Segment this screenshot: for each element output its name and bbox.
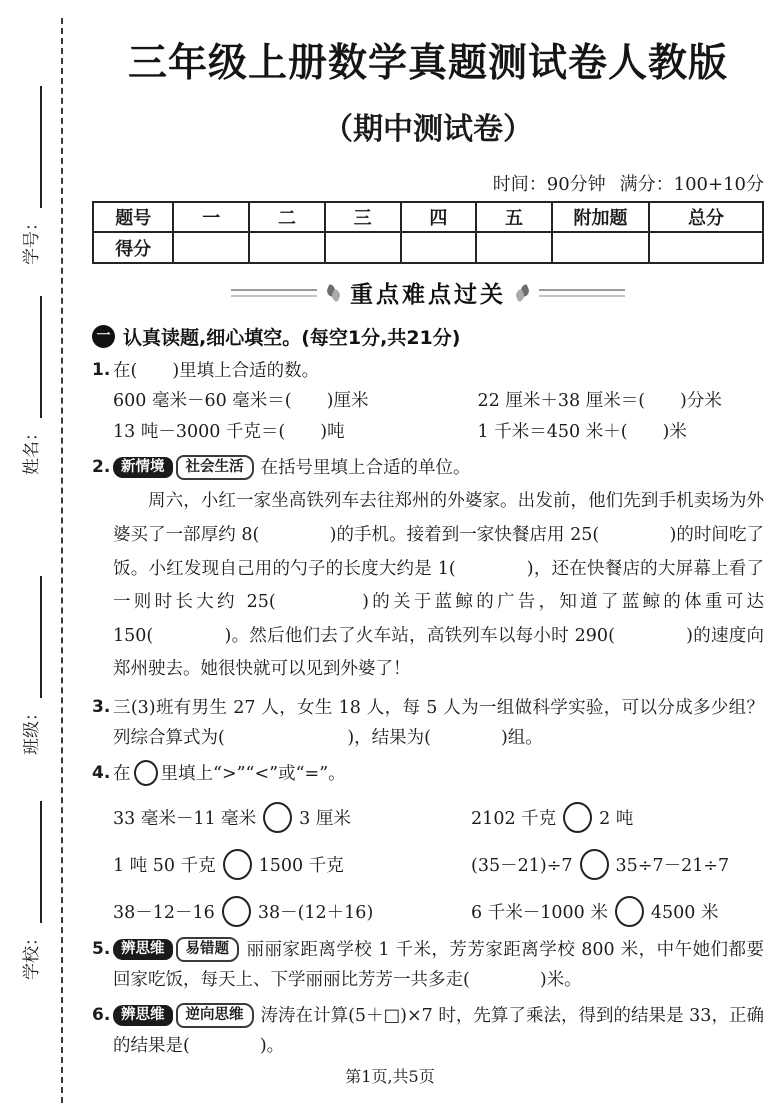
- comparison-left: 1 吨 50 千克: [113, 856, 216, 876]
- question-3-text: 三(3)班有男生 27 人，女生 18 人，每 5 人为一组做科学实验，可以分成…: [113, 693, 764, 753]
- header-part-5: 五: [476, 202, 552, 232]
- question-6-text: 辨思维逆向思维涛涛在计算(5＋□)×7 时，先算了乘法，得到的结果是 33，正确…: [113, 1001, 764, 1061]
- badge-error-prone: 易错题: [176, 937, 240, 962]
- question-list: 1. 在( )里填上合适的数。 600 毫米－60 毫米＝( )厘米 22 厘米…: [92, 356, 764, 1061]
- leaf-ornament-icon: [326, 284, 341, 302]
- name-blank-line: [27, 296, 42, 418]
- comparison-right: 38－(12＋16): [258, 903, 373, 923]
- section-number-icon: 一: [92, 325, 115, 348]
- header-total: 总分: [649, 202, 763, 232]
- question-2-body: 周六，小红一家坐高铁列车去往郑州的外婆家。出发前，他们先到手机卖场为外婆买了一部…: [113, 485, 764, 687]
- question-6: 6. 辨思维逆向思维涛涛在计算(5＋□)×7 时，先算了乘法，得到的结果是 33…: [92, 1001, 764, 1061]
- leaf-ornament-icon: [515, 284, 530, 302]
- comparison-right: 4500 米: [651, 903, 719, 923]
- score-cell: [476, 232, 552, 263]
- school-blank-line: [27, 801, 42, 923]
- question-1: 1. 在( )里填上合适的数。 600 毫米－60 毫米＝( )厘米 22 厘米…: [92, 356, 764, 447]
- page-subtitle: （期中测试卷）: [92, 104, 764, 148]
- question-number: 4.: [92, 759, 110, 788]
- banner-line-right: [539, 289, 625, 297]
- badge-new-context: 新情境: [113, 457, 173, 478]
- section-heading-text: 认真读题,细心填空。(每空1分,共21分): [123, 323, 460, 350]
- comparison-item: 1 吨 50 千克1500 千克: [113, 849, 471, 881]
- comparison-item: 33 毫米－11 毫米3 厘米: [113, 802, 471, 834]
- fill-blank-item: 22 厘米＋38 厘米＝( )分米: [478, 386, 764, 416]
- score-cell: [552, 232, 649, 263]
- header-part-3: 三: [325, 202, 401, 232]
- time-limit: 时间：90分钟: [493, 174, 606, 195]
- question-number: 6.: [92, 1001, 110, 1030]
- exam-paper-page: 学号： 姓名： 班级： 学校： 三年级上册数学真题测试卷人教版 （期中测试卷） …: [0, 0, 780, 1103]
- class-label: 班级：: [17, 704, 42, 755]
- section-one-heading: 一 认真读题,细心填空。(每空1分,共21分): [92, 323, 764, 350]
- page-footer: 第1页,共5页: [0, 1064, 780, 1087]
- question-number: 1.: [92, 356, 110, 385]
- header-bonus: 附加题: [552, 202, 649, 232]
- question-5-text: 辨思维易错题丽丽家距离学校 1 千米，芳芳家距离学校 800 米，中午她们都要回…: [113, 935, 764, 995]
- seal-cut-line: [61, 18, 63, 1103]
- comparison-item: (35－21)÷735÷7－21÷7: [471, 849, 764, 881]
- question-1-prompt: 在( )里填上合适的数。: [113, 356, 764, 386]
- header-question-no: 题号: [93, 202, 173, 232]
- name-label: 姓名：: [17, 424, 42, 475]
- question-4: 4. 在里填上“>”“<”或“=”。 33 毫米－11 毫米3 厘米 2102 …: [92, 759, 764, 928]
- student-id-label: 学号：: [17, 214, 42, 265]
- badge-critical-thinking: 辨思维: [113, 939, 173, 960]
- question-2: 2. 新情境社会生活在括号里填上合适的单位。 周六，小红一家坐高铁列车去往郑州的…: [92, 453, 764, 687]
- score-cell: [401, 232, 477, 263]
- question-number: 5.: [92, 935, 110, 964]
- comparison-circle-icon: [580, 849, 609, 880]
- sidebar-field-school: 学校：: [20, 790, 42, 980]
- question-2-head: 新情境社会生活在括号里填上合适的单位。: [113, 453, 764, 483]
- question-5: 5. 辨思维易错题丽丽家距离学校 1 千米，芳芳家距离学校 800 米，中午她们…: [92, 935, 764, 995]
- comparison-circle-icon: [563, 802, 592, 833]
- comparison-circle-icon: [223, 849, 252, 880]
- comparison-left: (35－21)÷7: [471, 856, 573, 876]
- question-2-prompt: 在括号里填上合适的单位。: [261, 458, 471, 478]
- score-cell: [173, 232, 249, 263]
- header-part-4: 四: [401, 202, 477, 232]
- comparison-item: 2102 千克2 吨: [471, 802, 764, 834]
- badge-reverse-thinking: 逆向思维: [176, 1003, 254, 1028]
- comparison-circle-icon: [263, 802, 292, 833]
- section-banner: 重点难点过关: [92, 276, 764, 309]
- comparison-right: 1500 千克: [259, 856, 344, 876]
- score-cell: [249, 232, 325, 263]
- full-score: 满分：100+10分: [620, 174, 764, 195]
- header-part-1: 一: [173, 202, 249, 232]
- score-row-label: 得分: [93, 232, 173, 263]
- comparison-right: 3 厘米: [299, 809, 351, 829]
- q4-prompt-prefix: 在: [113, 764, 131, 784]
- question-4-prompt: 在里填上“>”“<”或“=”。: [113, 759, 764, 789]
- comparison-right: 2 吨: [599, 809, 633, 829]
- fill-blank-item: 1 千米＝450 米＋( )米: [478, 417, 764, 447]
- banner-line-left: [231, 289, 317, 297]
- header-part-2: 二: [249, 202, 325, 232]
- score-table: 题号 一 二 三 四 五 附加题 总分 得分: [92, 201, 764, 264]
- comparison-right: 35÷7－21÷7: [616, 856, 730, 876]
- question-number: 2.: [92, 453, 110, 482]
- comparison-left: 38－12－16: [113, 903, 215, 923]
- badge-critical-thinking: 辨思维: [113, 1005, 173, 1026]
- question-4-items: 33 毫米－11 毫米3 厘米 2102 千克2 吨 1 吨 50 千克1500…: [113, 802, 764, 928]
- score-table-score-row: 得分: [93, 232, 763, 263]
- question-1-items: 600 毫米－60 毫米＝( )厘米 22 厘米＋38 厘米＝( )分米 13 …: [113, 386, 764, 447]
- score-cell: [649, 232, 763, 263]
- banner-title: 重点难点过关: [350, 276, 506, 309]
- student-id-blank-line: [27, 86, 42, 208]
- comparison-left: 6 千米－1000 米: [471, 903, 608, 923]
- class-blank-line: [27, 576, 42, 698]
- score-table-header-row: 题号 一 二 三 四 五 附加题 总分: [93, 202, 763, 232]
- comparison-circle-icon: [615, 896, 644, 927]
- q4-prompt-suffix: 里填上“>”“<”或“=”。: [161, 764, 346, 784]
- sidebar-field-name: 姓名：: [20, 285, 42, 475]
- school-label: 学校：: [17, 929, 42, 980]
- question-3: 3. 三(3)班有男生 27 人，女生 18 人，每 5 人为一组做科学实验，可…: [92, 693, 764, 753]
- comparison-left: 33 毫米－11 毫米: [113, 809, 256, 829]
- sidebar-field-student-id: 学号：: [20, 75, 42, 265]
- exam-meta: 时间：90分钟满分：100+10分: [92, 170, 764, 196]
- comparison-item: 6 千米－1000 米4500 米: [471, 896, 764, 928]
- comparison-item: 38－12－1638－(12＋16): [113, 896, 471, 928]
- main-content: 三年级上册数学真题测试卷人教版 （期中测试卷） 时间：90分钟满分：100+10…: [92, 0, 764, 1061]
- comparison-circle-icon: [134, 760, 158, 786]
- question-number: 3.: [92, 693, 110, 722]
- score-cell: [325, 232, 401, 263]
- comparison-left: 2102 千克: [471, 809, 556, 829]
- badge-social-life: 社会生活: [176, 455, 254, 480]
- fill-blank-item: 600 毫米－60 毫米＝( )厘米: [113, 386, 478, 416]
- fill-blank-item: 13 吨－3000 千克＝( )吨: [113, 417, 478, 447]
- sidebar-field-class: 班级：: [20, 565, 42, 755]
- page-title: 三年级上册数学真题测试卷人教版: [92, 32, 764, 88]
- comparison-circle-icon: [222, 896, 251, 927]
